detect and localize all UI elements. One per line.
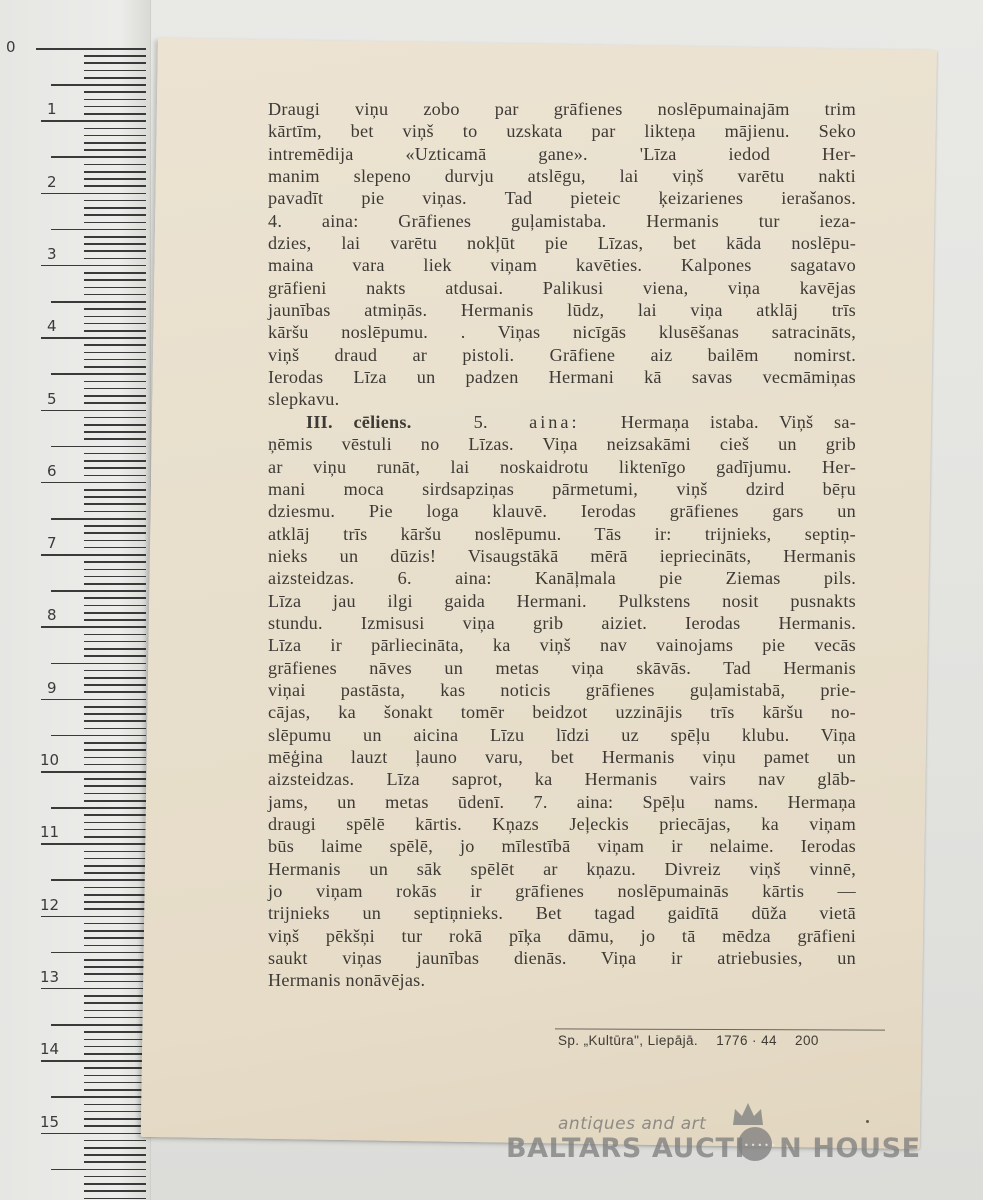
ruler-tick	[41, 265, 146, 267]
ruler-tick	[84, 1082, 146, 1084]
ruler-tick	[84, 99, 146, 101]
ruler-tick	[84, 619, 146, 621]
ruler-tick	[84, 424, 146, 426]
ruler-tick	[84, 135, 146, 137]
ruler-tick	[84, 438, 146, 440]
ruler-tick	[41, 771, 146, 773]
ruler-label: 5	[47, 392, 57, 407]
ruler-tick	[84, 200, 146, 202]
ruler-tick	[84, 185, 146, 187]
ruler-tick	[84, 1125, 146, 1127]
ruler-tick	[84, 359, 146, 361]
text-line: Līza ir pārliecināta, ka viņš nav vainoj…	[268, 634, 856, 656]
act3-first-line: III. cēliens. 5. aina: Hermaņa istaba. V…	[268, 411, 856, 433]
print-run: 200	[795, 1033, 819, 1048]
text-line: intremēdija «Uzticamā gane». 'Līza iedod…	[268, 143, 856, 165]
ruler-tick	[84, 1031, 146, 1033]
ruler-tick	[84, 1010, 146, 1012]
text-line: kārtīm, bet viņš to uzskata par likteņa …	[268, 120, 856, 142]
ruler-tick	[84, 128, 146, 130]
ruler-tick	[84, 1183, 146, 1185]
ruler-tick	[84, 641, 146, 643]
text-line: Ierodas Līza un padzen Hermani kā savas …	[268, 366, 856, 388]
ruler-tick	[41, 482, 146, 484]
ruler-tick	[84, 149, 146, 151]
ruler-tick	[84, 453, 146, 455]
paragraph-act2-continued: Draugi viņu zobo par grāfienes noslēpuma…	[268, 98, 856, 411]
ruler-tick	[84, 547, 146, 549]
ruler-tick	[84, 287, 146, 289]
ruler-tick	[51, 663, 146, 665]
text-line: kāršu noslēpumu. . Viņas nicīgās klusēša…	[268, 321, 856, 343]
ruler-tick	[84, 1176, 146, 1178]
ruler-tick	[51, 1169, 146, 1171]
ruler-tick	[84, 1075, 146, 1077]
ruler-tick	[84, 207, 146, 209]
ruler-tick	[84, 872, 146, 874]
ruler-tick	[84, 966, 146, 968]
ruler-tick	[51, 156, 146, 158]
ruler-tick	[84, 597, 146, 599]
text-line: manim slepeno durvju atslēgu, lai viņš v…	[268, 165, 856, 187]
ruler-tick	[84, 352, 146, 354]
ruler-tick	[84, 222, 146, 224]
ruler-tick	[84, 402, 146, 404]
ruler-tick	[84, 800, 146, 802]
ruler-tick	[84, 258, 146, 260]
ruler-tick	[84, 70, 146, 72]
ruler-tick	[84, 1140, 146, 1142]
ruler-tick	[41, 337, 146, 339]
ruler-tick	[51, 1096, 146, 1098]
ruler-tick	[41, 193, 146, 195]
text-line: grāfieni nakts atdusai. Palikusi viena, …	[268, 277, 856, 299]
ruler-tick	[84, 467, 146, 469]
ruler-tick	[51, 807, 146, 809]
ruler-tick	[84, 814, 146, 816]
ruler-tick	[84, 1017, 146, 1019]
ruler-tick	[84, 1147, 146, 1149]
ruler-tick	[84, 785, 146, 787]
ruler-tick	[84, 973, 146, 975]
ruler-tick	[84, 178, 146, 180]
ruler-label: 9	[47, 681, 57, 696]
paper-speck	[866, 1120, 869, 1123]
ruler-label: 15	[40, 1115, 59, 1130]
text-line: aizsteidzas. 6. aina: Kanāļmala pie Ziem…	[268, 567, 856, 589]
text-line: trijnieks un septiņnieks. Bet tagad gaid…	[268, 902, 856, 924]
watermark-name-left: BALTARS AUCTI	[506, 1133, 745, 1164]
ruler-tick	[84, 395, 146, 397]
ruler-tick	[84, 677, 146, 679]
ruler-tick	[84, 243, 146, 245]
ruler-label: 1	[47, 102, 57, 117]
ruler-tick	[36, 48, 146, 50]
ruler-tick	[84, 684, 146, 686]
ruler-tick	[84, 279, 146, 281]
ruler-tick	[84, 1053, 146, 1055]
ruler-tick	[84, 55, 146, 57]
ruler-label: 6	[47, 464, 57, 479]
scene5-number: 5.	[474, 412, 488, 432]
ruler-tick	[84, 655, 146, 657]
ruler-tick	[84, 388, 146, 390]
ruler-tick	[84, 1067, 146, 1069]
ruler-tick	[84, 605, 146, 607]
measuring-ruler: 0123456789101112131415	[0, 0, 151, 1200]
ruler-label: 10	[40, 753, 59, 768]
ruler-tick	[84, 583, 146, 585]
ruler-tick	[84, 460, 146, 462]
ruler-tick	[84, 713, 146, 715]
ruler-tick	[84, 511, 146, 513]
text-line: grāfienes nāves un metas viņa skāvās. Ta…	[268, 657, 856, 679]
ruler-tick	[84, 62, 146, 64]
order-number: 1776 · 44	[716, 1033, 777, 1048]
text-line: slepkavu.	[268, 388, 856, 410]
ruler-tick	[84, 236, 146, 238]
ruler-tick	[84, 887, 146, 889]
ruler-tick	[84, 540, 146, 542]
ruler-tick	[84, 294, 146, 296]
ruler-tick	[51, 84, 146, 86]
ruler-tick	[41, 410, 146, 412]
ruler-tick	[51, 1024, 146, 1026]
text-line: mēģina lauzt ļauno varu, bet Hermanis vi…	[268, 746, 856, 768]
act3-heading: III. cēliens.	[306, 412, 412, 432]
ruler-tick	[84, 822, 146, 824]
ruler-tick	[84, 316, 146, 318]
ruler-tick	[84, 1154, 146, 1156]
ruler-tick	[84, 250, 146, 252]
ruler-tick	[84, 908, 146, 910]
ruler-tick	[41, 916, 146, 918]
ruler-tick	[51, 590, 146, 592]
ruler-tick	[84, 959, 146, 961]
text-line: būs laime spēlē, jo mīlestībā viņam ir n…	[268, 835, 856, 857]
ruler-tick	[84, 728, 146, 730]
text-line: jams, un metas ūdenī. 7. aina: Spēļu nam…	[268, 791, 856, 813]
ruler-tick	[84, 113, 146, 115]
ruler-tick	[84, 670, 146, 672]
text-line: jaunības atmiņās. Hermanis lūdz, lai viņ…	[268, 299, 856, 321]
text-line: ņēmis vēstuli no Līzas. Viņa neizsakāmi …	[268, 433, 856, 455]
text-line: Hermanis nonāvējas.	[268, 969, 856, 991]
ruler-tick	[84, 366, 146, 368]
ruler-tick	[84, 1161, 146, 1163]
text-line: atklāj trīs kāršu noslēpumu. Tās ir: tri…	[268, 523, 856, 545]
watermark-tagline: antiques and art	[558, 1114, 706, 1134]
ruler-tick	[84, 923, 146, 925]
ruler-tick	[84, 431, 146, 433]
ruler-tick	[51, 229, 146, 231]
ruler-tick	[84, 525, 146, 527]
ruler-tick	[84, 308, 146, 310]
ruler-label: 0	[6, 40, 16, 55]
ruler-label: 8	[47, 608, 57, 623]
ruler-tick	[84, 1190, 146, 1192]
ruler-tick	[84, 381, 146, 383]
ruler-tick	[84, 720, 146, 722]
ruler-tick	[84, 106, 146, 108]
ruler-tick	[84, 894, 146, 896]
ruler-tick	[84, 344, 146, 346]
ruler-tick	[84, 778, 146, 780]
ruler-tick	[84, 323, 146, 325]
ruler-tick	[84, 214, 146, 216]
scene-label: aina:	[529, 412, 579, 432]
text-line: 4. aina: Grāfienes guļamistaba. Hermanis…	[268, 210, 856, 232]
ruler-tick	[84, 503, 146, 505]
paragraph-act3: III. cēliens. 5. aina: Hermaņa istaba. V…	[268, 411, 856, 992]
ruler-tick	[84, 901, 146, 903]
ruler-tick	[84, 532, 146, 534]
ruler-tick	[84, 858, 146, 860]
text-line: dzies, lai varētu nokļūt pie Līzas, bet …	[268, 232, 856, 254]
ruler-label: 7	[47, 536, 57, 551]
text-line: viņš pēkšņi tur rokā pīķa dāmu, jo tā mē…	[268, 925, 856, 947]
ruler-label: 3	[47, 247, 57, 262]
ruler-tick	[84, 865, 146, 867]
text-line: jo viņam rokās ir grāfienes noslēpumainā…	[268, 880, 856, 902]
ruler-tick	[84, 576, 146, 578]
watermark-brand-name: BALTARS AUCTIN HOUSE	[506, 1133, 921, 1164]
ruler-tick	[84, 634, 146, 636]
text-line: ar viņu runāt, lai noskaidrotu liktenīgo…	[268, 456, 856, 478]
ruler-tick	[84, 561, 146, 563]
ruler-tick	[84, 1198, 146, 1200]
text-line: Hermanis un sāk spēlēt ar kņazu. Divreiz…	[268, 858, 856, 880]
text-line: Draugi viņu zobo par grāfienes noslēpuma…	[268, 98, 856, 120]
text-line: stundu. Izmisusi viņa grib aiziet. Ierod…	[268, 612, 856, 634]
text-line: pavadīt pie viņas. Tad pieteic ķeizarien…	[268, 187, 856, 209]
ruler-tick	[84, 648, 146, 650]
ruler-tick	[41, 699, 146, 701]
text-line: draugi spēlē kārtis. Kņazs Jeļeckis prie…	[268, 813, 856, 835]
ruler-tick	[51, 518, 146, 520]
ruler-tick	[84, 77, 146, 79]
text-line: viņš draud ar pistoli. Grāfiene aiz bail…	[268, 344, 856, 366]
ruler-tick	[84, 171, 146, 173]
ruler-tick	[84, 1104, 146, 1106]
ruler-tick	[84, 142, 146, 144]
ruler-tick	[41, 120, 146, 122]
crown-icon	[731, 1103, 765, 1127]
ruler-tick	[84, 1118, 146, 1120]
text-line: dziesmu. Pie loga klauvē. Ierodas grāfie…	[268, 500, 856, 522]
ruler-tick	[84, 749, 146, 751]
ruler-tick	[84, 1039, 146, 1041]
text-line: cājas, ka šonakt tomēr beidzot uzzinājis…	[268, 701, 856, 723]
printer-name: Sp. „Kultūra", Liepājā.	[558, 1033, 698, 1048]
ruler-tick	[84, 164, 146, 166]
ruler-tick	[84, 1111, 146, 1113]
ruler-tick	[84, 496, 146, 498]
ruler-tick	[84, 937, 146, 939]
text-line: mani moca sirdsapziņas pārmetumi, viņš d…	[268, 478, 856, 500]
ruler-label: 13	[40, 970, 59, 985]
text-line: Līza jau ilgi gaida Hermani. Pulkstens n…	[268, 590, 856, 612]
ruler-tick	[84, 945, 146, 947]
ruler-tick	[51, 952, 146, 954]
ruler-tick	[41, 1133, 146, 1135]
ruler-tick	[41, 554, 146, 556]
ruler-tick	[51, 301, 146, 303]
ruler-tick	[84, 764, 146, 766]
ruler-tick	[84, 417, 146, 419]
ruler-tick	[84, 851, 146, 853]
ruler-label: 4	[47, 319, 57, 334]
ruler-tick	[84, 272, 146, 274]
text-line: maina vara liek viņam kavēties. Kalpones…	[268, 254, 856, 276]
ruler-tick	[84, 742, 146, 744]
ruler-tick	[84, 995, 146, 997]
ruler-tick	[41, 1060, 146, 1062]
ruler-tick	[84, 793, 146, 795]
printer-imprint: Sp. „Kultūra", Liepājā. 1776 · 44 200	[558, 1033, 888, 1048]
ruler-tick	[84, 475, 146, 477]
ruler-tick	[41, 626, 146, 628]
ruler-tick	[84, 489, 146, 491]
watermark-name-right: N HOUSE	[779, 1133, 921, 1164]
ruler-tick	[84, 706, 146, 708]
ruler-tick	[84, 1046, 146, 1048]
ruler-tick	[51, 879, 146, 881]
text-line: viņai pastāsta, kas noticis grāfienes gu…	[268, 679, 856, 701]
ruler-tick	[84, 757, 146, 759]
text-line: slēpumu un aicina Līzu līdzi uz spēļu kl…	[268, 724, 856, 746]
ruler-tick	[84, 691, 146, 693]
ruler-tick	[84, 981, 146, 983]
ruler-tick	[84, 569, 146, 571]
ruler-tick	[41, 988, 146, 990]
text-line: nieks un dūzis! Visaugstākā mērā iepriec…	[268, 545, 856, 567]
ruler-label: 12	[40, 898, 59, 913]
ruler-tick	[84, 930, 146, 932]
ruler-tick	[84, 330, 146, 332]
opera-synopsis-text: Draugi viņu zobo par grāfienes noslēpuma…	[268, 98, 856, 992]
ruler-tick	[84, 91, 146, 93]
ruler-tick	[84, 1002, 146, 1004]
text-line: aizsteidzas. Līza saprot, ka Hermanis va…	[268, 768, 856, 790]
ruler-tick	[84, 1089, 146, 1091]
ruler-label: 2	[47, 175, 57, 190]
ruler-tick	[51, 446, 146, 448]
ruler-label: 11	[40, 825, 59, 840]
ruler-tick	[84, 836, 146, 838]
ruler-label: 14	[40, 1042, 59, 1057]
ruler-tick	[84, 829, 146, 831]
ruler-tick	[41, 843, 146, 845]
act3-first-line-rest: Hermaņa istaba. Viņš sa-	[621, 412, 856, 432]
text-line: saukt viņas jaunības dienās. Viņa ir atr…	[268, 947, 856, 969]
ruler-tick	[84, 612, 146, 614]
ruler-tick	[51, 373, 146, 375]
ruler-tick	[51, 735, 146, 737]
